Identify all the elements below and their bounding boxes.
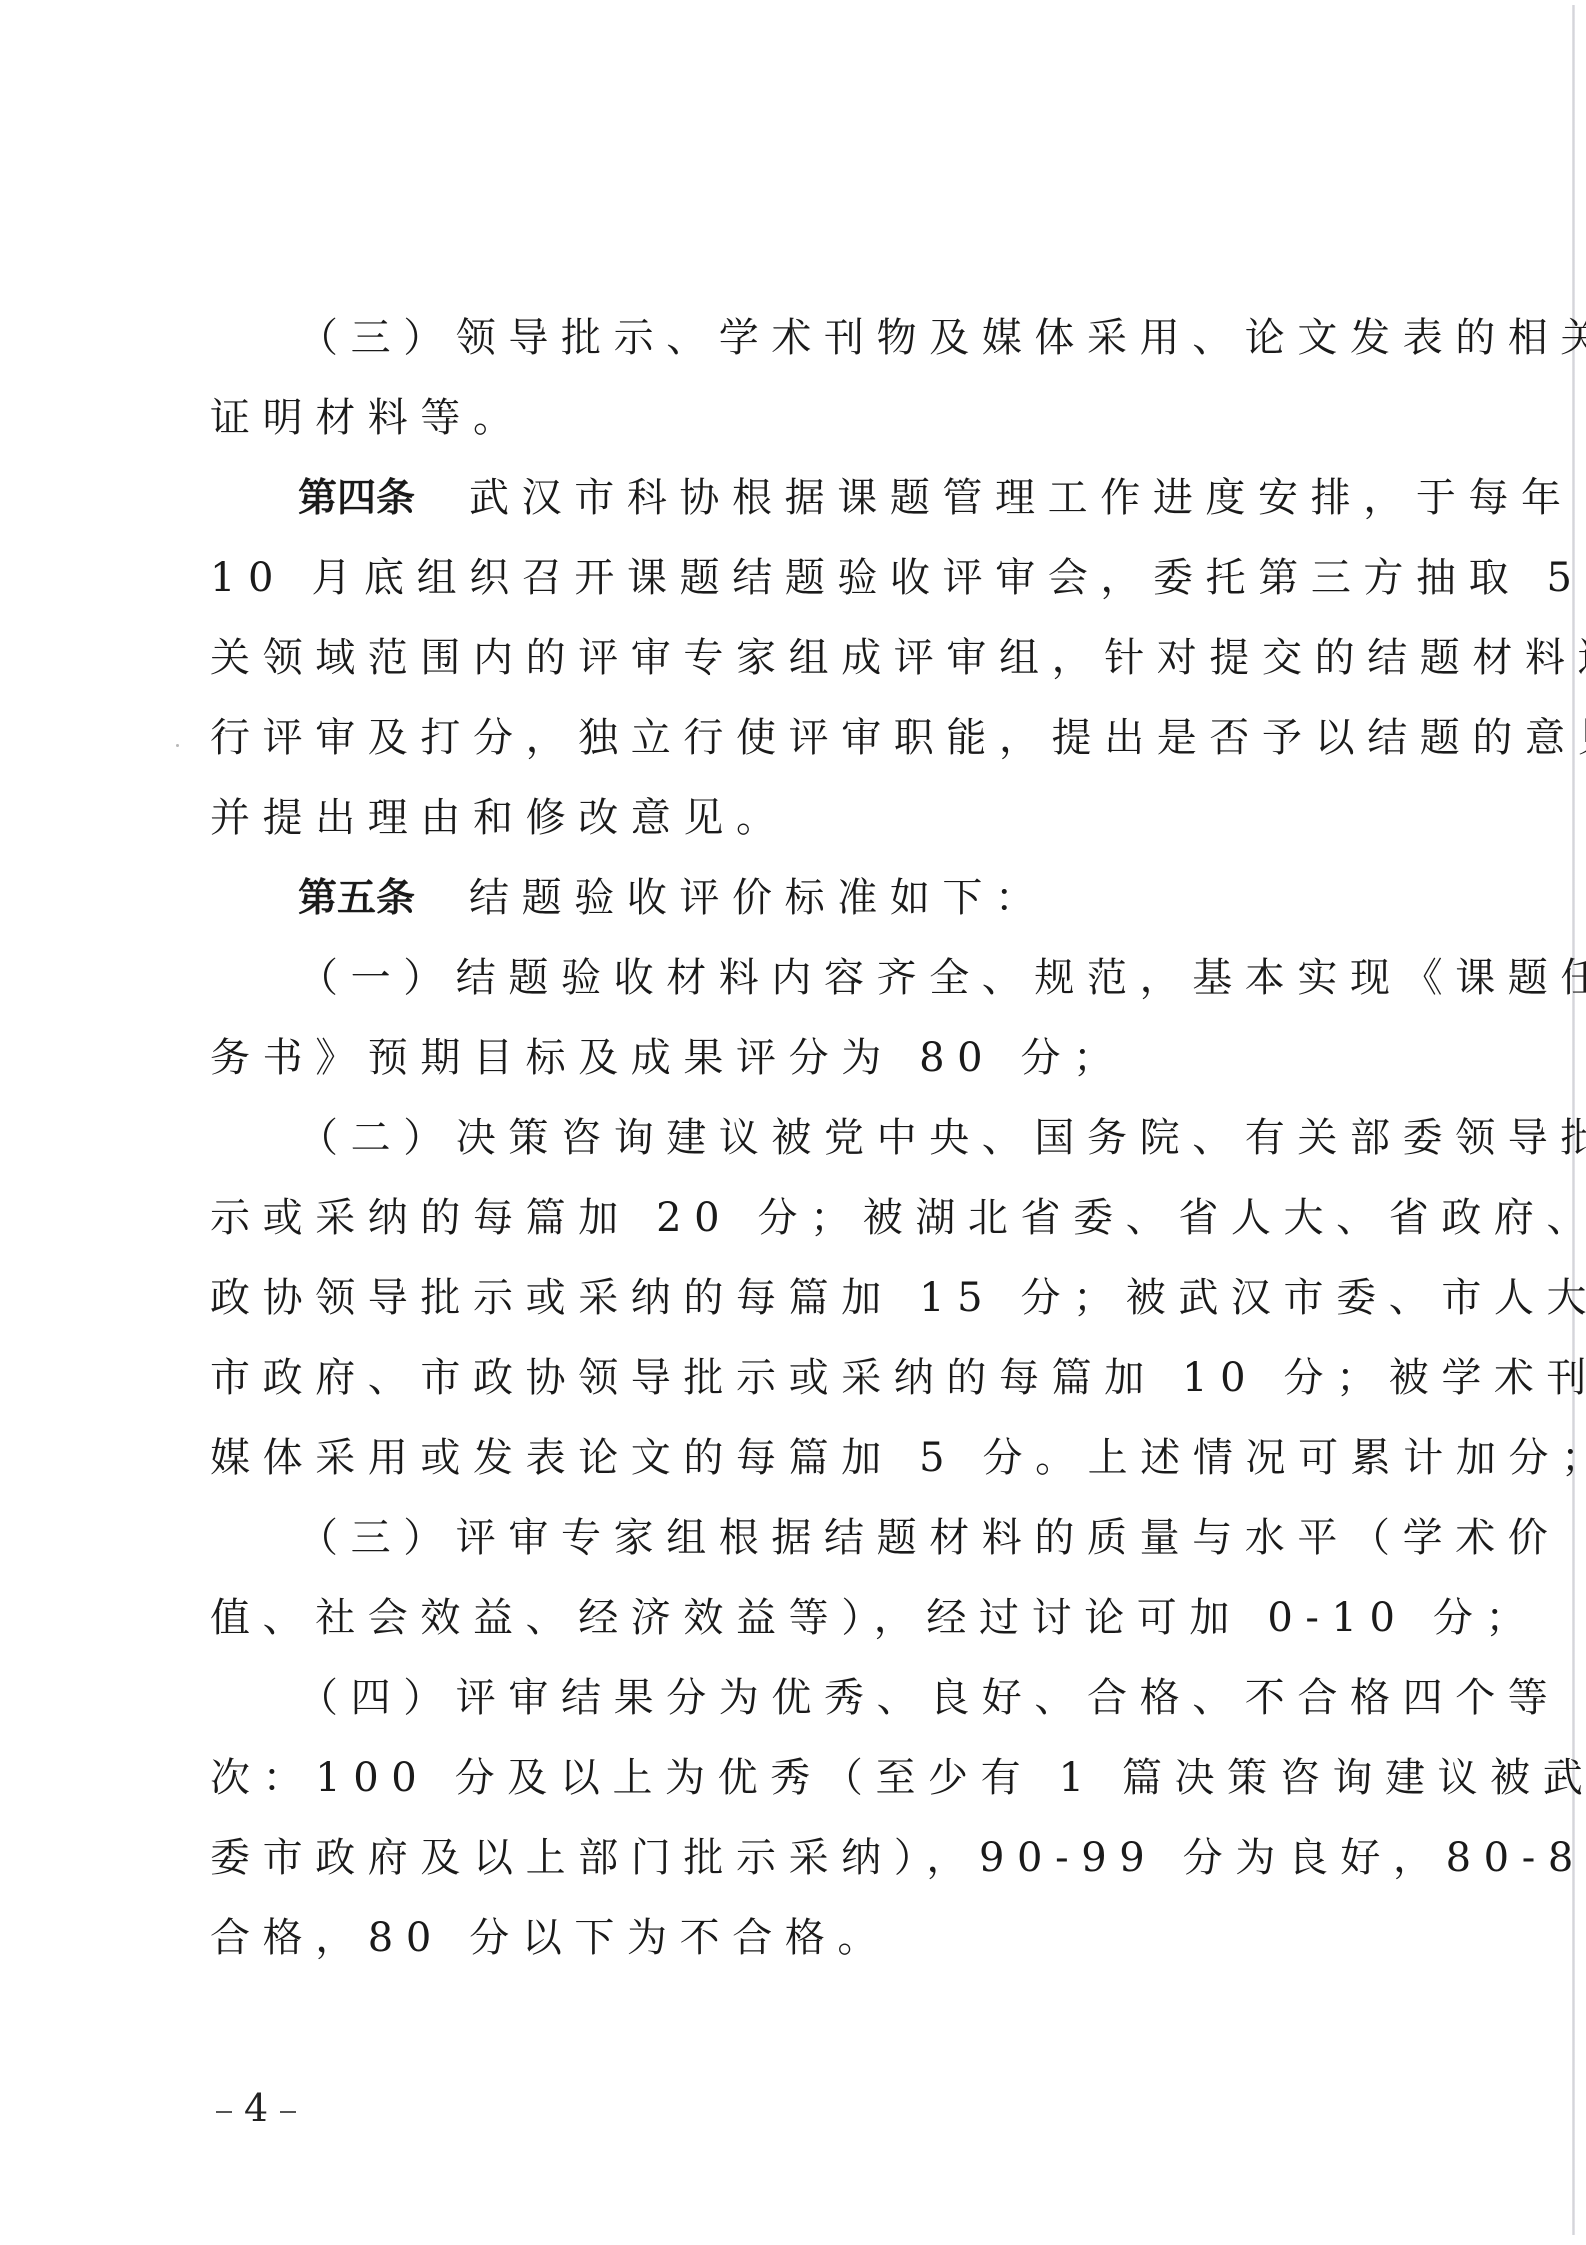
paragraph-item-4: （四）评审结果分为优秀、良好、合格、不合格四个等 次：100 分及以上为优秀（至… bbox=[210, 1658, 1370, 1978]
text-line: 第五条结题验收评价标准如下： bbox=[210, 858, 1370, 938]
text-line: 政协领导批示或采纳的每篇加 15 分；被武汉市委、市人大、 bbox=[210, 1258, 1370, 1338]
scan-speck bbox=[176, 744, 179, 747]
text-line: 媒体采用或发表论文的每篇加 5 分。上述情况可累计加分； bbox=[210, 1418, 1370, 1498]
text-line: 第四条武汉市科协根据课题管理工作进度安排，于每年 bbox=[210, 458, 1370, 538]
article-heading: 第五条 bbox=[298, 876, 415, 921]
paragraph-item-3: （三）评审专家组根据结题材料的质量与水平（学术价 值、社会效益、经济效益等），经… bbox=[210, 1498, 1370, 1658]
text-line: 示或采纳的每篇加 20 分；被湖北省委、省人大、省政府、省 bbox=[210, 1178, 1370, 1258]
document-page: （三）领导批示、学术刊物及媒体采用、论文发表的相关 证明材料等。 第四条武汉市科… bbox=[0, 0, 1586, 2245]
text-line: （四）评审结果分为优秀、良好、合格、不合格四个等 bbox=[210, 1658, 1370, 1738]
text-line: 行评审及打分，独立行使评审职能，提出是否予以结题的意见， bbox=[210, 698, 1370, 778]
page-number: 4 bbox=[204, 2088, 308, 2128]
text-line: 务书》预期目标及成果评分为 80 分； bbox=[210, 1018, 1370, 1098]
paragraph-article-5: 第五条结题验收评价标准如下： bbox=[210, 858, 1370, 938]
dash-left bbox=[216, 2111, 232, 2113]
text-line: 并提出理由和修改意见。 bbox=[210, 778, 1370, 858]
paragraph-item-1: （一）结题验收材料内容齐全、规范，基本实现《课题任 务书》预期目标及成果评分为 … bbox=[210, 938, 1370, 1098]
dash-right bbox=[280, 2111, 296, 2113]
paragraph-article-4: 第四条武汉市科协根据课题管理工作进度安排，于每年 10 月底组织召开课题结题验收… bbox=[210, 458, 1370, 858]
text-line: 市政府、市政协领导批示或采纳的每篇加 10 分；被学术刊物、 bbox=[210, 1338, 1370, 1418]
text-line: 次：100 分及以上为优秀（至少有 1 篇决策咨询建议被武汉市 bbox=[210, 1738, 1370, 1818]
text-line: 值、社会效益、经济效益等），经过讨论可加 0-10 分； bbox=[210, 1578, 1370, 1658]
text-line: 关领域范围内的评审专家组成评审组，针对提交的结题材料进 bbox=[210, 618, 1370, 698]
text-line: 委市政府及以上部门批示采纳），90-99 分为良好，80-89 分为 bbox=[210, 1818, 1370, 1898]
text-line: 证明材料等。 bbox=[210, 378, 1370, 458]
article-text: 结题验收评价标准如下： bbox=[469, 875, 1048, 921]
paragraph-item-3-evidence: （三）领导批示、学术刊物及媒体采用、论文发表的相关 证明材料等。 bbox=[210, 298, 1370, 458]
text-line: 合格，80 分以下为不合格。 bbox=[210, 1898, 1370, 1978]
text-line: （三）领导批示、学术刊物及媒体采用、论文发表的相关 bbox=[210, 298, 1370, 378]
paragraph-item-2: （二）决策咨询建议被党中央、国务院、有关部委领导批 示或采纳的每篇加 20 分；… bbox=[210, 1098, 1370, 1498]
article-heading: 第四条 bbox=[298, 476, 415, 521]
text-line: （三）评审专家组根据结题材料的质量与水平（学术价 bbox=[210, 1498, 1370, 1578]
text-line: （一）结题验收材料内容齐全、规范，基本实现《课题任 bbox=[210, 938, 1370, 1018]
text-line: （二）决策咨询建议被党中央、国务院、有关部委领导批 bbox=[210, 1098, 1370, 1178]
text-line: 10 月底组织召开课题结题验收评审会，委托第三方抽取 5 位相 bbox=[210, 538, 1370, 618]
document-body: （三）领导批示、学术刊物及媒体采用、论文发表的相关 证明材料等。 第四条武汉市科… bbox=[210, 298, 1370, 1978]
article-text: 武汉市科协根据课题管理工作进度安排，于每年 bbox=[469, 475, 1574, 521]
page-number-value: 4 bbox=[244, 2086, 268, 2130]
